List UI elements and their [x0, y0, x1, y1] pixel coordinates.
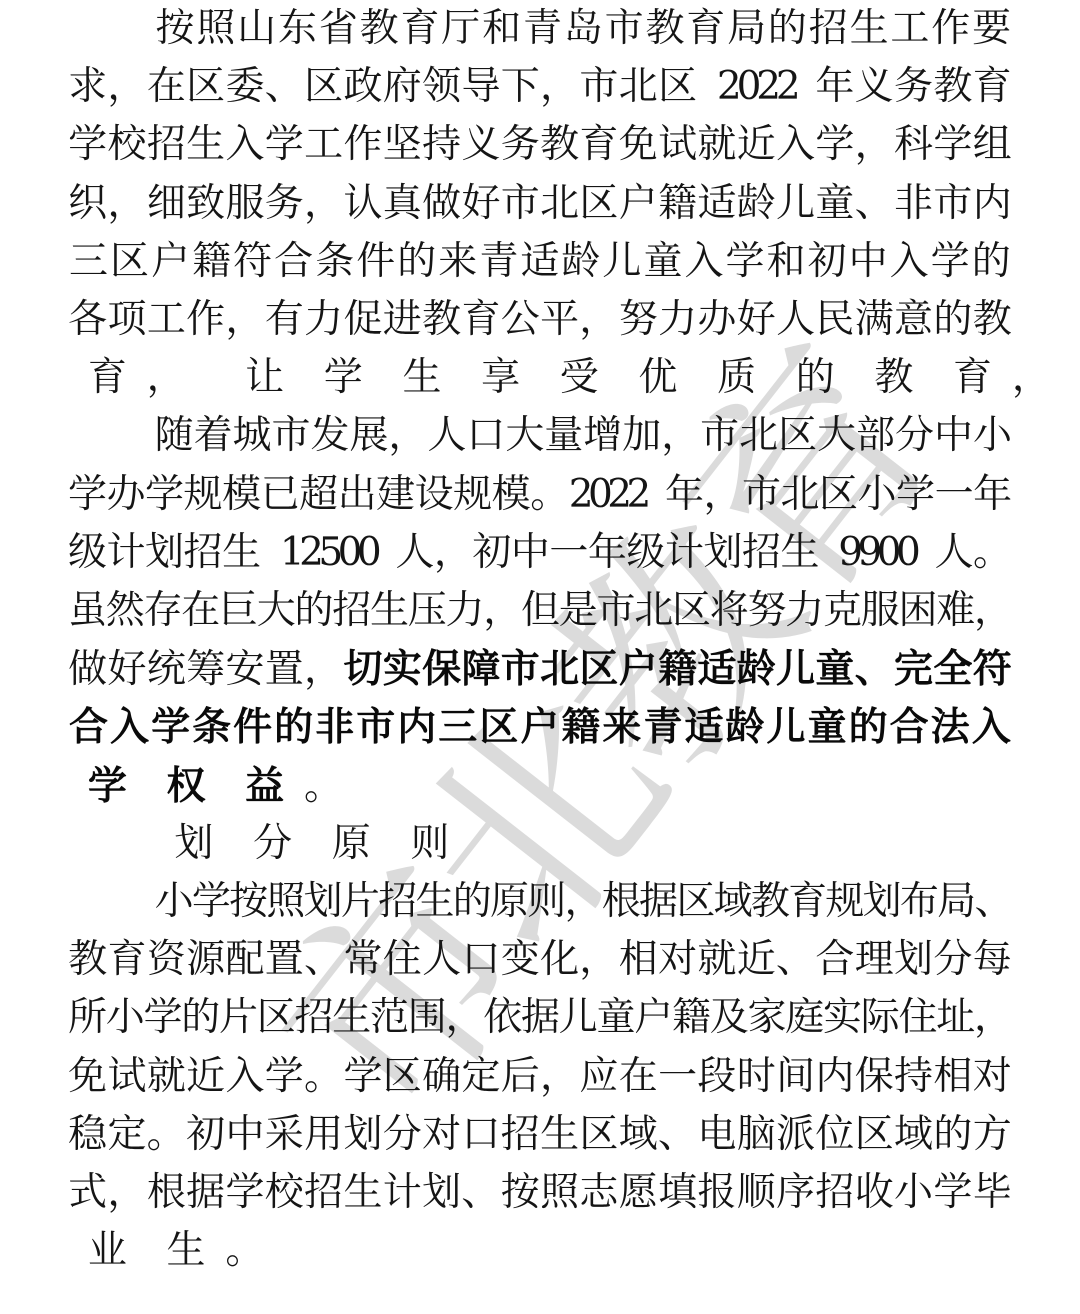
text-segment: 育，让学生享受优质的教育，促进教育公平。: [68, 355, 1080, 400]
text-line: 三区户籍符合条件的来青适龄儿童入学和初中入学的: [68, 233, 1012, 291]
text-segment: 教育资源配置、常住人口变化，相对就近、合理划分每: [68, 937, 1012, 982]
text-line: 求，在区委、区政府领导下，市北区 2022 年义务教育: [68, 58, 1012, 116]
document-page: 市北教育 按照山东省教育厅和青岛市教育局的招生工作要求，在区委、区政府领导下，市…: [0, 0, 1080, 1314]
text-line: 业生。: [68, 1222, 304, 1280]
text-line: 划分原则: [155, 815, 470, 873]
text-segment: 免试就近入学。学区确定后，应在一段时间内保持相对: [68, 1054, 1012, 1099]
text-line: 织，细致服务，认真做好市北区户籍适龄儿童、非市内: [68, 175, 1012, 233]
text-segment: 三区户籍符合条件的来青适龄儿童入学和初中入学的: [68, 239, 1012, 284]
text-segment: 随着城市发展，人口大量增加，市北区大部分中小: [155, 413, 1012, 458]
text-line: 小学按照划片招生的原则，根据区域教育规划布局、: [155, 873, 1012, 931]
text-line: 各项工作，有力促进教育公平，努力办好人民满意的教: [68, 291, 1012, 349]
text-segment: 级计划招生 12500 人，初中一年级计划招生 9900 人。: [68, 530, 1012, 575]
text-line: 式，根据学校招生计划、按照志愿填报顺序招收小学毕: [68, 1164, 1012, 1222]
text-segment: 学校招生入学工作坚持义务教育免试就近入学，科学组: [68, 122, 1012, 167]
text-line: 合入学条件的非市内三区户籍来青适龄儿童的合法入: [68, 698, 1012, 756]
text-line: 做好统筹安置，切实保障市北区户籍适龄儿童、完全符: [68, 640, 1012, 698]
text-segment: 划分原则: [155, 821, 470, 866]
text-line: 随着城市发展，人口大量增加，市北区大部分中小: [155, 407, 1012, 465]
text-line: 学办学规模已超出建设规模。2022 年，市北区小学一年: [68, 466, 1012, 524]
text-segment: 各项工作，有力促进教育公平，努力办好人民满意的教: [68, 297, 1012, 342]
text-line: 稳定。初中采用划分对口招生区域、电脑派位区域的方: [68, 1106, 1012, 1164]
text-segment: 做好统筹安置，: [68, 647, 343, 692]
text-line: 学权益。: [68, 757, 383, 815]
text-segment: 业生。: [68, 1228, 304, 1273]
text-segment: 稳定。初中采用划分对口招生区域、电脑派位区域的方: [68, 1112, 1012, 1157]
text-line: 所小学的片区招生范围，依据儿童户籍及家庭实际住址，: [68, 989, 1012, 1047]
text-segment: 虽然存在巨大的招生压力，但是市北区将努力克服困难，: [68, 588, 1012, 633]
text-segment: 式，根据学校招生计划、按照志愿填报顺序招收小学毕: [68, 1170, 1012, 1215]
text-segment: 织，细致服务，认真做好市北区户籍适龄儿童、非市内: [68, 181, 1012, 226]
bold-text: 合入学条件的非市内三区户籍来青适龄儿童的合法入: [68, 704, 1012, 750]
bold-text: 切实保障市北区户籍适龄儿童、完全符: [343, 646, 1012, 692]
text-segment: 学办学规模已超出建设规模。2022 年，市北区小学一年: [68, 472, 1012, 517]
text-line: 学校招生入学工作坚持义务教育免试就近入学，科学组: [68, 116, 1012, 174]
text-line: 级计划招生 12500 人，初中一年级计划招生 9900 人。: [68, 524, 1012, 582]
text-segment: 小学按照划片招生的原则，根据区域教育规划布局、: [155, 879, 1012, 924]
bold-text: 学权益: [68, 763, 304, 809]
text-segment: 求，在区委、区政府领导下，市北区 2022 年义务教育: [68, 64, 1012, 109]
text-line: 教育资源配置、常住人口变化，相对就近、合理划分每: [68, 931, 1012, 989]
text-segment: 按照山东省教育厅和青岛市教育局的招生工作要: [155, 6, 1012, 51]
text-line: 免试就近入学。学区确定后，应在一段时间内保持相对: [68, 1048, 1012, 1106]
text-segment: 。: [304, 764, 383, 809]
text-line: 按照山东省教育厅和青岛市教育局的招生工作要: [155, 0, 1012, 58]
text-segment: 所小学的片区招生范围，依据儿童户籍及家庭实际住址，: [68, 995, 1012, 1040]
text-line: 育，让学生享受优质的教育，促进教育公平。: [68, 349, 1080, 407]
text-line: 虽然存在巨大的招生压力，但是市北区将努力克服困难，: [68, 582, 1012, 640]
